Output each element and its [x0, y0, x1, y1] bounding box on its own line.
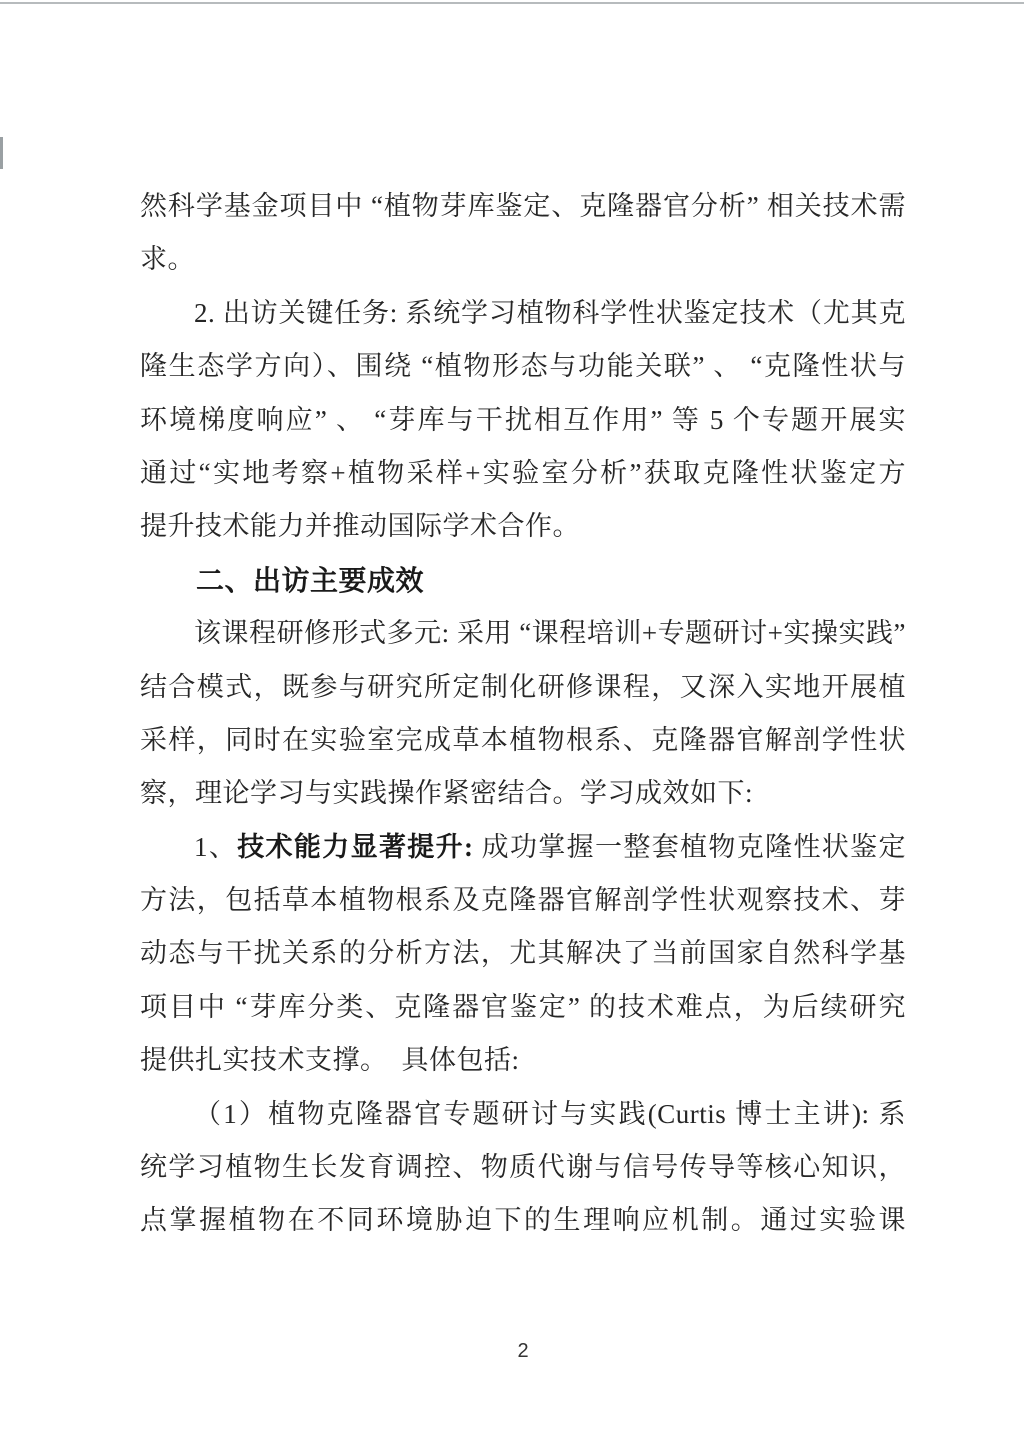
text-line: 提供扎实技术支撑。 具体包括: — [140, 1034, 906, 1087]
text-segment: 提升技术能力并推动国际学术合作。 — [140, 511, 580, 541]
text-segment: 采样，同时在实验室完成草本植物根系、克隆器官解剖学性状观 — [140, 725, 906, 767]
text-line: 通过“实地考察+植物采样+实验室分析”获取克隆性状鉴定方法， — [140, 447, 906, 500]
text-segment: 1、 — [194, 832, 237, 862]
text-segment: （1）植物克隆器官专题研讨与实践(Curtis 博士主讲): 系 — [194, 1099, 906, 1129]
document-page: 然科学基金项目中 “植物芽库鉴定、克隆器官分析” 相关技术需求。2. 出访关键任… — [0, 0, 1024, 1452]
text-line: 环境梯度响应” 、 “芽库与干扰相互作用” 等 5 个专题开展实践、 — [140, 394, 906, 447]
scan-artifact-top-edge — [0, 2, 1024, 4]
text-segment: 提供扎实技术支撑。 具体包括: — [140, 1045, 520, 1075]
text-line: 然科学基金项目中 “植物芽库鉴定、克隆器官分析” 相关技术需 — [140, 180, 906, 233]
text-line: 隆生态学方向）、围绕 “植物形态与功能关联” 、 “克隆性状与 — [140, 340, 906, 393]
text-segment: 项目中 “芽库分类、克隆器官鉴定” 的技术难点，为后续研究 — [140, 992, 906, 1022]
section-heading: 二、出访主要成效 — [140, 554, 906, 607]
text-line: 项目中 “芽库分类、克隆器官鉴定” 的技术难点，为后续研究 — [140, 981, 906, 1034]
text-segment: 2. 出访关键任务: 系统学习植物科学性状鉴定技术（尤其克 — [194, 298, 906, 328]
text-segment: 动态与干扰关系的分析方法，尤其解决了当前国家自然科学基金 — [140, 938, 906, 980]
text-segment: 然科学基金项目中 “植物芽库鉴定、克隆器官分析” 相关技术需 — [140, 191, 906, 221]
text-line: 统学习植物生长发育调控、物质代谢与信号传导等核心知识，重 — [140, 1141, 906, 1194]
text-segment: 该课程研修形式多元: 采用 “课程培训+专题研讨+实操实践” — [194, 618, 906, 648]
text-segment: 通过“实地考察+植物采样+实验室分析”获取克隆性状鉴定方法， — [140, 458, 906, 500]
scan-artifact-left-mark — [0, 137, 3, 169]
page-number: 2 — [140, 1340, 906, 1363]
text-segment: 方法，包括草本植物根系及克隆器官解剖学性状观察技术、芽库 — [140, 885, 906, 927]
text-line: 方法，包括草本植物根系及克隆器官解剖学性状观察技术、芽库 — [140, 874, 906, 927]
text-line: 察，理论学习与实践操作紧密结合。学习成效如下: — [140, 767, 906, 820]
text-segment: 点掌握植物在不同环境胁迫下的生理响应机制。通过实验课程， — [140, 1205, 906, 1247]
text-line: 提升技术能力并推动国际学术合作。 — [140, 500, 906, 553]
text-line: 点掌握植物在不同环境胁迫下的生理响应机制。通过实验课程， — [140, 1194, 906, 1247]
text-line: （1）植物克隆器官专题研讨与实践(Curtis 博士主讲): 系 — [140, 1088, 906, 1141]
document-body: 然科学基金项目中 “植物芽库鉴定、克隆器官分析” 相关技术需求。2. 出访关键任… — [140, 180, 906, 1248]
text-segment: 成功掌握一整套植物克隆性状鉴定 — [474, 832, 907, 862]
text-segment: 隆生态学方向）、围绕 “植物形态与功能关联” 、 “克隆性状与 — [140, 351, 906, 381]
text-segment: 统学习植物生长发育调控、物质代谢与信号传导等核心知识，重 — [140, 1152, 906, 1194]
text-segment: 求。 — [140, 244, 195, 274]
text-line: 该课程研修形式多元: 采用 “课程培训+专题研讨+实操实践” — [140, 607, 906, 660]
text-line: 动态与干扰关系的分析方法，尤其解决了当前国家自然科学基金 — [140, 927, 906, 980]
text-segment: 环境梯度响应” 、 “芽库与干扰相互作用” 等 5 个专题开展实践、 — [140, 405, 906, 447]
text-line: 求。 — [140, 233, 906, 286]
text-segment: 结合模式，既参与研究所定制化研修课程，又深入实地开展植物 — [140, 672, 906, 714]
text-line: 结合模式，既参与研究所定制化研修课程，又深入实地开展植物 — [140, 661, 906, 714]
text-segment: 技术能力显著提升: — [237, 832, 473, 862]
text-line: 2. 出访关键任务: 系统学习植物科学性状鉴定技术（尤其克 — [140, 287, 906, 340]
text-line: 采样，同时在实验室完成草本植物根系、克隆器官解剖学性状观 — [140, 714, 906, 767]
text-line: 1、技术能力显著提升: 成功掌握一整套植物克隆性状鉴定 — [140, 821, 906, 874]
text-segment: 二、出访主要成效 — [196, 565, 424, 596]
text-segment: 察，理论学习与实践操作紧密结合。学习成效如下: — [140, 778, 753, 808]
